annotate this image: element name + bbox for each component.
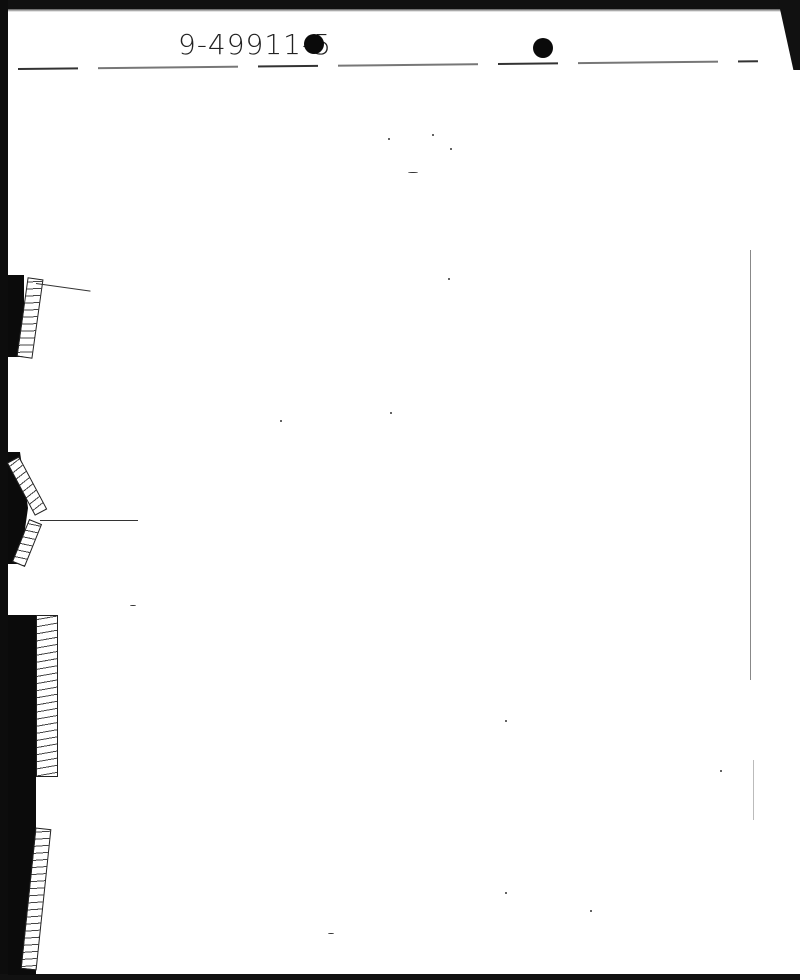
scan-edge-shadow xyxy=(0,9,800,12)
scan-speck xyxy=(130,605,136,606)
scan-edge-bottom xyxy=(0,974,800,980)
scan-speck xyxy=(450,148,452,150)
scan-edge-top xyxy=(0,0,800,9)
header-rule xyxy=(18,60,758,70)
scan-speck xyxy=(590,910,592,912)
stray-mark xyxy=(40,520,138,521)
scan-speck xyxy=(505,892,507,894)
scan-speck xyxy=(505,720,507,722)
right-margin-line xyxy=(750,250,751,680)
punch-hole-icon xyxy=(304,34,324,54)
scan-speck xyxy=(448,278,450,280)
scan-edge-left xyxy=(0,0,8,980)
punch-hole-icon xyxy=(533,38,553,58)
scan-corner-right xyxy=(778,0,800,70)
scan-speck xyxy=(432,134,434,136)
scanned-page: 9-49911-5 xyxy=(0,0,800,980)
scan-speck xyxy=(388,138,390,140)
scan-speck xyxy=(390,412,392,414)
right-margin-line-lower xyxy=(753,760,754,820)
scan-speck xyxy=(720,770,722,772)
scan-speck xyxy=(408,172,418,173)
binding-tape xyxy=(36,615,58,777)
scan-speck xyxy=(328,933,334,934)
scan-speck xyxy=(280,420,282,422)
stray-mark xyxy=(36,283,91,292)
